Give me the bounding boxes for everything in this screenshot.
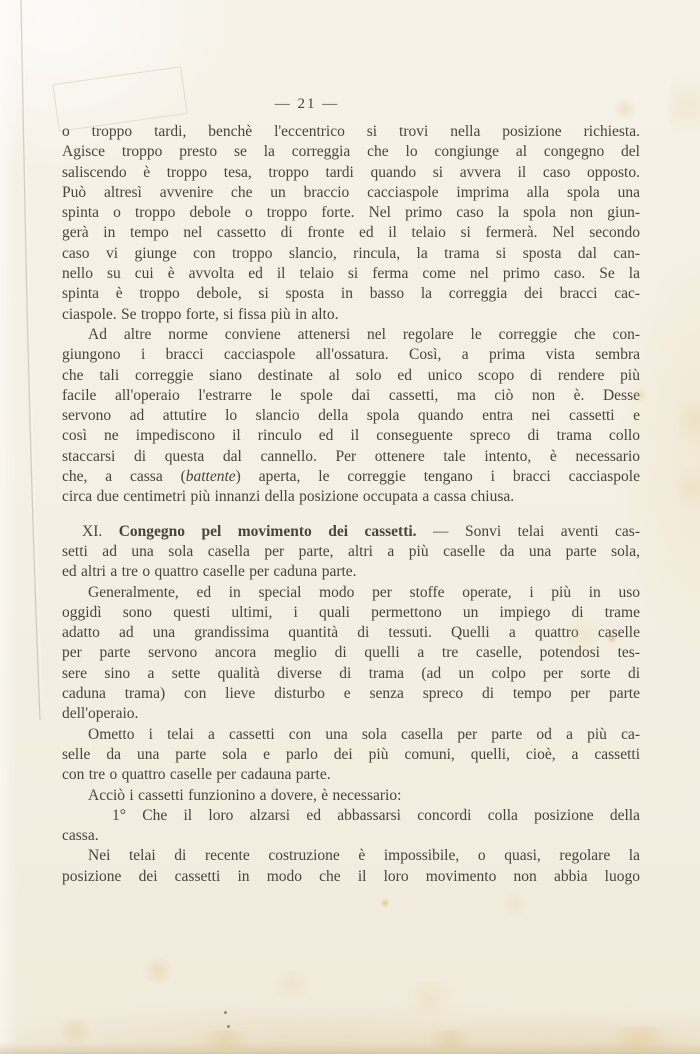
text-line: XI. Congegno pel movimento dei cassetti.… [62,522,640,542]
text-line: Nei telai di recente costruzione è impos… [62,846,640,866]
book-page: — 21 — o troppo tardi, benchè l'eccentri… [0,0,700,1054]
text-line: cassa. [62,826,640,846]
text-line: per parte servono ancora meglio di quell… [62,643,640,663]
paper-stain [270,970,314,1000]
text-line: Agisce troppo presto se la correggia che… [62,142,640,162]
page-bottom-edge [0,1042,700,1054]
text-line: Generalmente, ed in special modo per sto… [62,583,640,603]
text-line: posizione dei cassetti in modo che il lo… [62,867,640,887]
text-line: spinta o troppo debole o troppo forte. N… [62,203,640,223]
paragraph-nei-telai: Nei telai di recente costruzione è impos… [62,846,640,887]
text-line: selle da una parte sola e parlo dei più … [62,745,640,765]
text-line: Ometto i telai a cassetti con una sola c… [62,725,640,745]
page-number-text: — 21 — [275,96,340,112]
text-block: o troppo tardi, benchè l'eccentrico si t… [62,122,640,887]
paper-stain [380,898,390,908]
paper-stain [678,390,700,450]
text-line: spinta è troppo debole, si sposta in bas… [62,284,640,304]
page-left-edge [0,0,18,1054]
text-line: Acciò i cassetti funzionino a dovere, è … [62,786,640,806]
paragraph-continuation: o troppo tardi, benchè l'eccentrico si t… [62,122,640,325]
paper-stain [55,1018,95,1044]
ink-speck [227,1025,230,1028]
text-line: con tre o quattro caselle per cadauna pa… [62,765,640,785]
text-line: sere sino a sette qualità diverse di tra… [62,664,640,684]
text-line: servono ad attutire lo slancio della spo… [62,406,640,426]
text-line: Ad altre norme conviene attenersi nel re… [62,325,640,345]
paper-stain [668,60,700,150]
paragraph-correggie: Ad altre norme conviene attenersi nel re… [62,325,640,508]
page-number: — 21 — [62,96,640,113]
paragraph-accio: Acciò i cassetti funzionino a dovere, è … [62,786,640,806]
paper-stain [500,890,530,918]
text-line: staccarsi di questa dal cannello. Per ot… [62,447,640,467]
text-line: circa due centimetri più innanzi della p… [62,487,640,507]
text-line: ed altri a tre o quattro caselle per cad… [62,562,640,582]
text-line: oggidì sono questi ultimi, i quali perme… [62,603,640,623]
text-line: così ne impediscono il rinculo ed il con… [62,426,640,446]
text-line: nello su cui è avvolta ed il telaio si f… [62,264,640,284]
text-line: giungono i bracci cacciaspole all'ossatu… [62,345,640,365]
text-line: che tali correggie siano destinate al so… [62,366,640,386]
text-line: facile all'operaio l'estrarre le spole d… [62,386,640,406]
text-line: caso vi giunge con troppo slancio, rincu… [62,244,640,264]
paper-stain [676,460,700,516]
text-line: Può altresì avvenire che un braccio cacc… [62,183,640,203]
text-line: adatto ad una grandissima quantità di te… [62,623,640,643]
text-line: ciaspole. Se troppo forte, si fissa più … [62,305,640,325]
paragraph-generalmente: Generalmente, ed in special modo per sto… [62,583,640,725]
ink-speck [224,1011,227,1014]
text-line: dell'operaio. [62,704,640,724]
text-line: gerà in tempo nel cassetto di fronte ed … [62,223,640,243]
paper-stain [400,980,460,1016]
text-line: saliscendo è troppo tesa, troppo tardi q… [62,163,640,183]
text-line: 1° Che il loro alzarsi ed abbassarsi con… [62,806,640,826]
text-line: che, a cassa (battente) aperta, le corre… [62,467,640,487]
paper-stain [140,958,176,984]
text-line: o troppo tardi, benchè l'eccentrico si t… [62,122,640,142]
paragraph-ometto: Ometto i telai a cassetti con una sola c… [62,725,640,786]
section-xi-congegno: XI. Congegno pel movimento dei cassetti.… [62,522,640,583]
text-line: setti ad una sola casella per parte, alt… [62,542,640,562]
list-item-1: 1° Che il loro alzarsi ed abbassarsi con… [62,806,640,847]
text-line: caduna trama) con lieve disturbo e senza… [62,684,640,704]
